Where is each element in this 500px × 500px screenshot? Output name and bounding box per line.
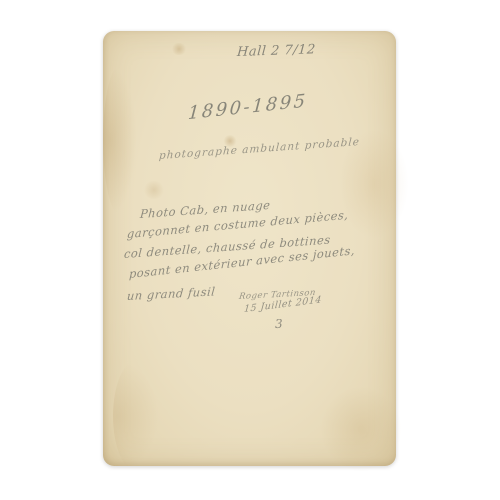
photo-card-back: Hall 2 7/12 1890-1895 photographe ambula… — [103, 31, 396, 466]
foxing-stain — [143, 181, 165, 199]
foxing-stain — [103, 65, 137, 215]
caption-note: photographe ambulant probable — [159, 136, 361, 162]
date-range-note: 1890-1895 — [187, 90, 308, 124]
foxing-stain — [171, 43, 187, 55]
inventory-mark: Hall 2 7/12 — [236, 42, 316, 60]
foxing-stain — [113, 361, 159, 471]
catalog-number: 3 — [275, 317, 284, 331]
foxing-stain — [321, 387, 401, 471]
photograph-scene: Hall 2 7/12 1890-1895 photographe ambula… — [0, 0, 500, 500]
description-line: un grand fusil — [126, 284, 216, 303]
